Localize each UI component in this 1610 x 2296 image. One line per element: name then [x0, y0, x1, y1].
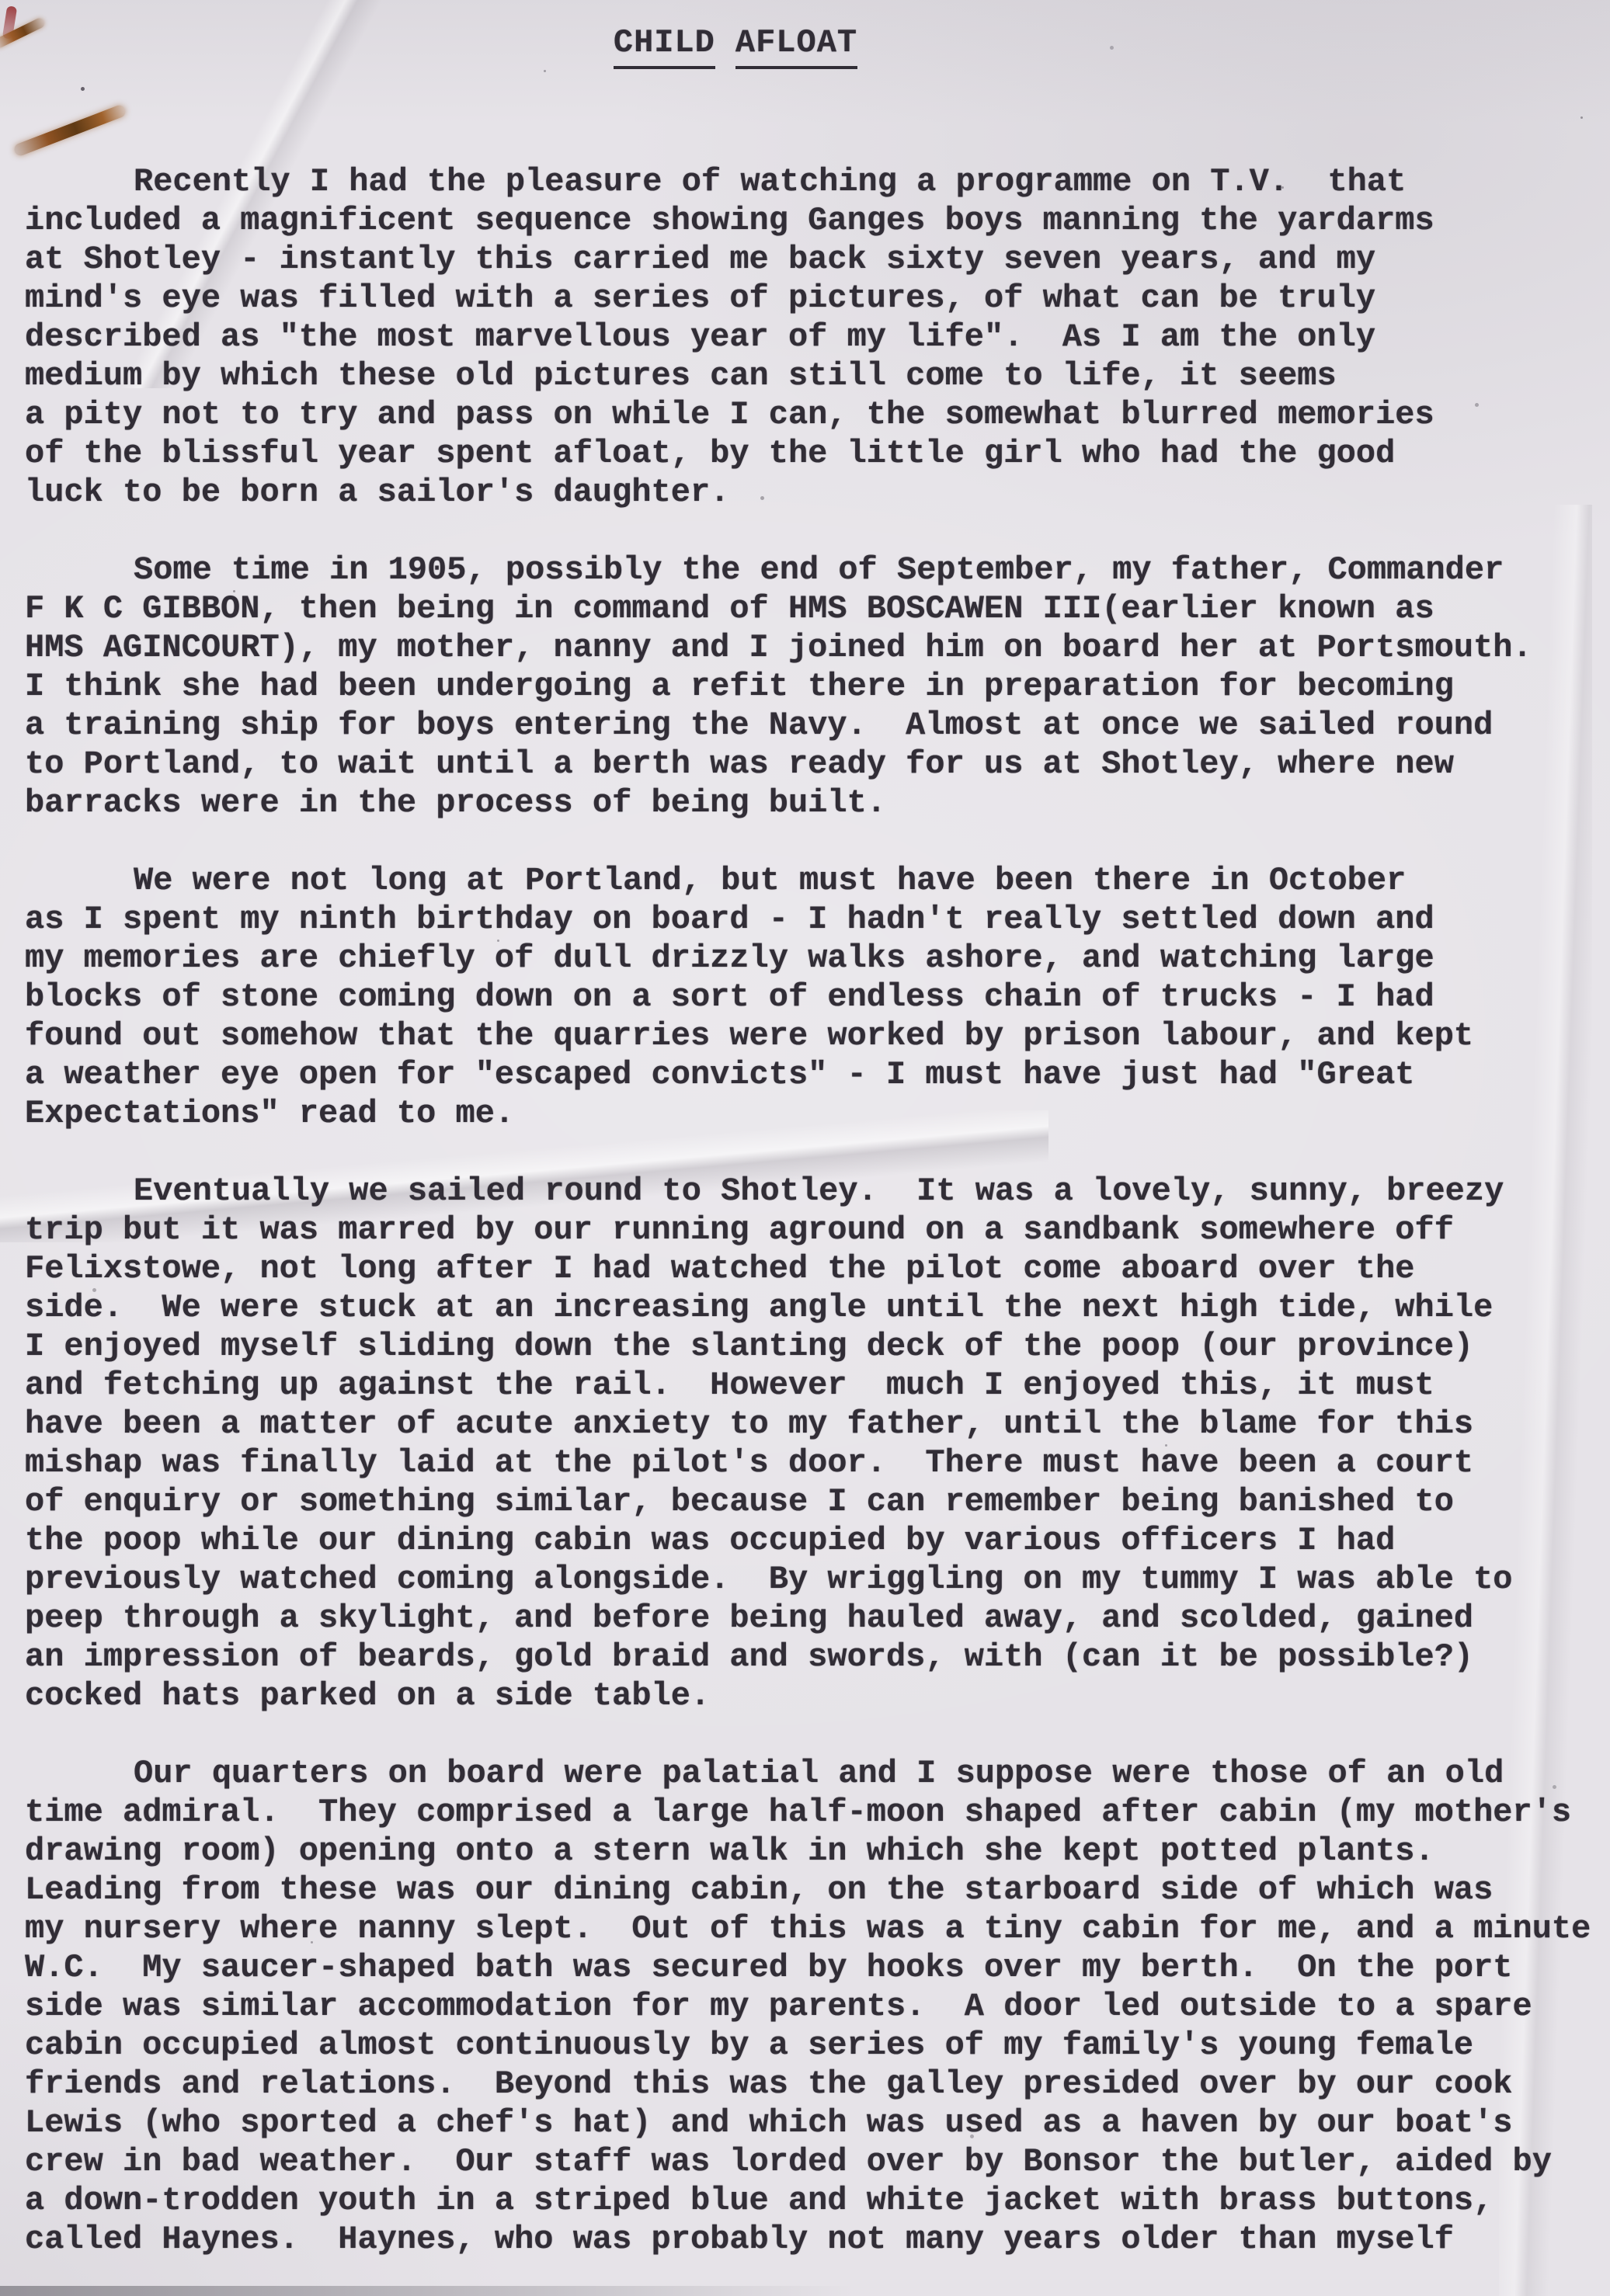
title-word-1: CHILD — [614, 23, 715, 69]
paragraph-5: Our quarters on board were palatial and … — [25, 1754, 1594, 2259]
paragraph-3: We were not long at Portland, but must h… — [25, 861, 1594, 1133]
title-word-2: AFLOAT — [735, 23, 857, 69]
paragraph-2: Some time in 1905, possibly the end of S… — [25, 551, 1594, 822]
paragraph-1: Recently I had the pleasure of watching … — [25, 162, 1594, 512]
typewritten-text: CHILDAFLOAT Recently I had the pleasure … — [25, 23, 1594, 2259]
paragraph-4: Eventually we sailed round to Shotley. I… — [25, 1172, 1594, 1715]
scanned-document-page: CHILDAFLOAT Recently I had the pleasure … — [0, 0, 1610, 2296]
scan-edge-shadow — [0, 2286, 854, 2296]
document-title: CHILDAFLOAT — [0, 23, 1520, 69]
